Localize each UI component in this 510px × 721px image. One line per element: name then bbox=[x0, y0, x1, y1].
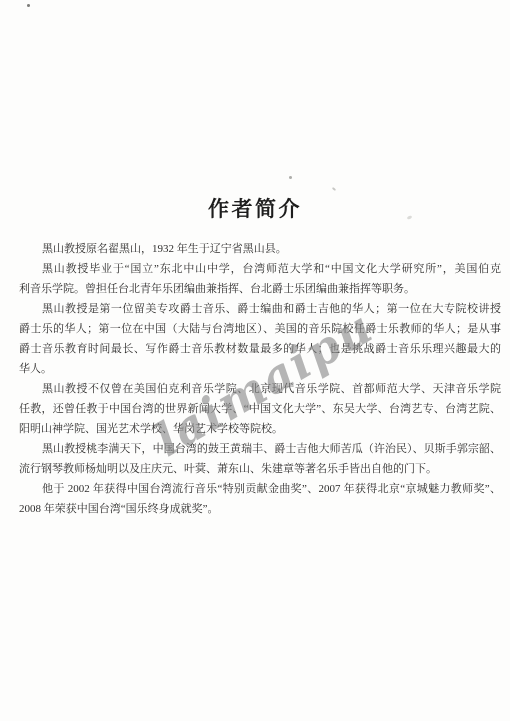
body-text: 黑山教授原名翟黑山，1932 年生于辽宁省黑山县。黑山教授毕业于“国立”东北中山… bbox=[19, 239, 501, 519]
page-title: 作者简介 bbox=[0, 193, 510, 223]
text-line: 流行钢琴教师杨灿明以及庄庆元、叶蓂、萧东山、朱建章等著名乐手皆出自他的门下。 bbox=[19, 459, 501, 479]
text-line: 他于 2002 年获得中国台湾流行音乐“特别贡献金曲奖”、2007 年获得北京“… bbox=[19, 479, 501, 499]
text-line: 黑山教授原名翟黑山，1932 年生于辽宁省黑山县。 bbox=[19, 239, 501, 259]
text-line: 黑山教授不仅曾在美国伯克利音乐学院、北京现代音乐学院、首都师范大学、天津音乐学院 bbox=[19, 379, 501, 399]
book-page: 作者简介 黑山教授原名翟黑山，1932 年生于辽宁省黑山县。黑山教授毕业于“国立… bbox=[0, 0, 510, 721]
text-line: 黑山教授桃李满天下，中国台湾的鼓王黄瑞丰、爵士吉他大师苦瓜（许治民）、贝斯手郭宗… bbox=[19, 439, 501, 459]
text-line: 爵士乐的华人；第一位在中国（大陆与台湾地区）、美国的音乐院校任爵士乐教师的华人；… bbox=[19, 319, 501, 339]
scan-speck bbox=[27, 4, 30, 7]
text-line: 黑山教授毕业于“国立”东北中山中学，台湾师范大学和“中国文化大学研究所”，美国伯… bbox=[19, 259, 501, 279]
scan-speck bbox=[332, 187, 336, 191]
text-line: 华人。 bbox=[19, 359, 501, 379]
text-line: 爵士音乐教育时间最长、写作爵士音乐教材数量最多的华人；也是挑战爵士音乐乐理兴趣最… bbox=[19, 339, 501, 359]
scan-speck bbox=[289, 176, 292, 179]
text-line: 黑山教授是第一位留美专攻爵士音乐、爵士编曲和爵士吉他的华人；第一位在大专院校讲授 bbox=[19, 299, 501, 319]
text-line: 2008 年荣获中国台湾“国乐终身成就奖”。 bbox=[19, 499, 501, 519]
text-line: 任教，还曾任教于中国台湾的世界新闻大学、“中国文化大学”、东吴大学、台湾艺专、台… bbox=[19, 399, 501, 419]
text-line: 利音乐学院。曾担任台北青年乐团编曲兼指挥、台北爵士乐团编曲兼指挥等职务。 bbox=[19, 279, 501, 299]
text-line: 阳明山神学院、国光艺术学校、华岗艺术学校等院校。 bbox=[19, 419, 501, 439]
